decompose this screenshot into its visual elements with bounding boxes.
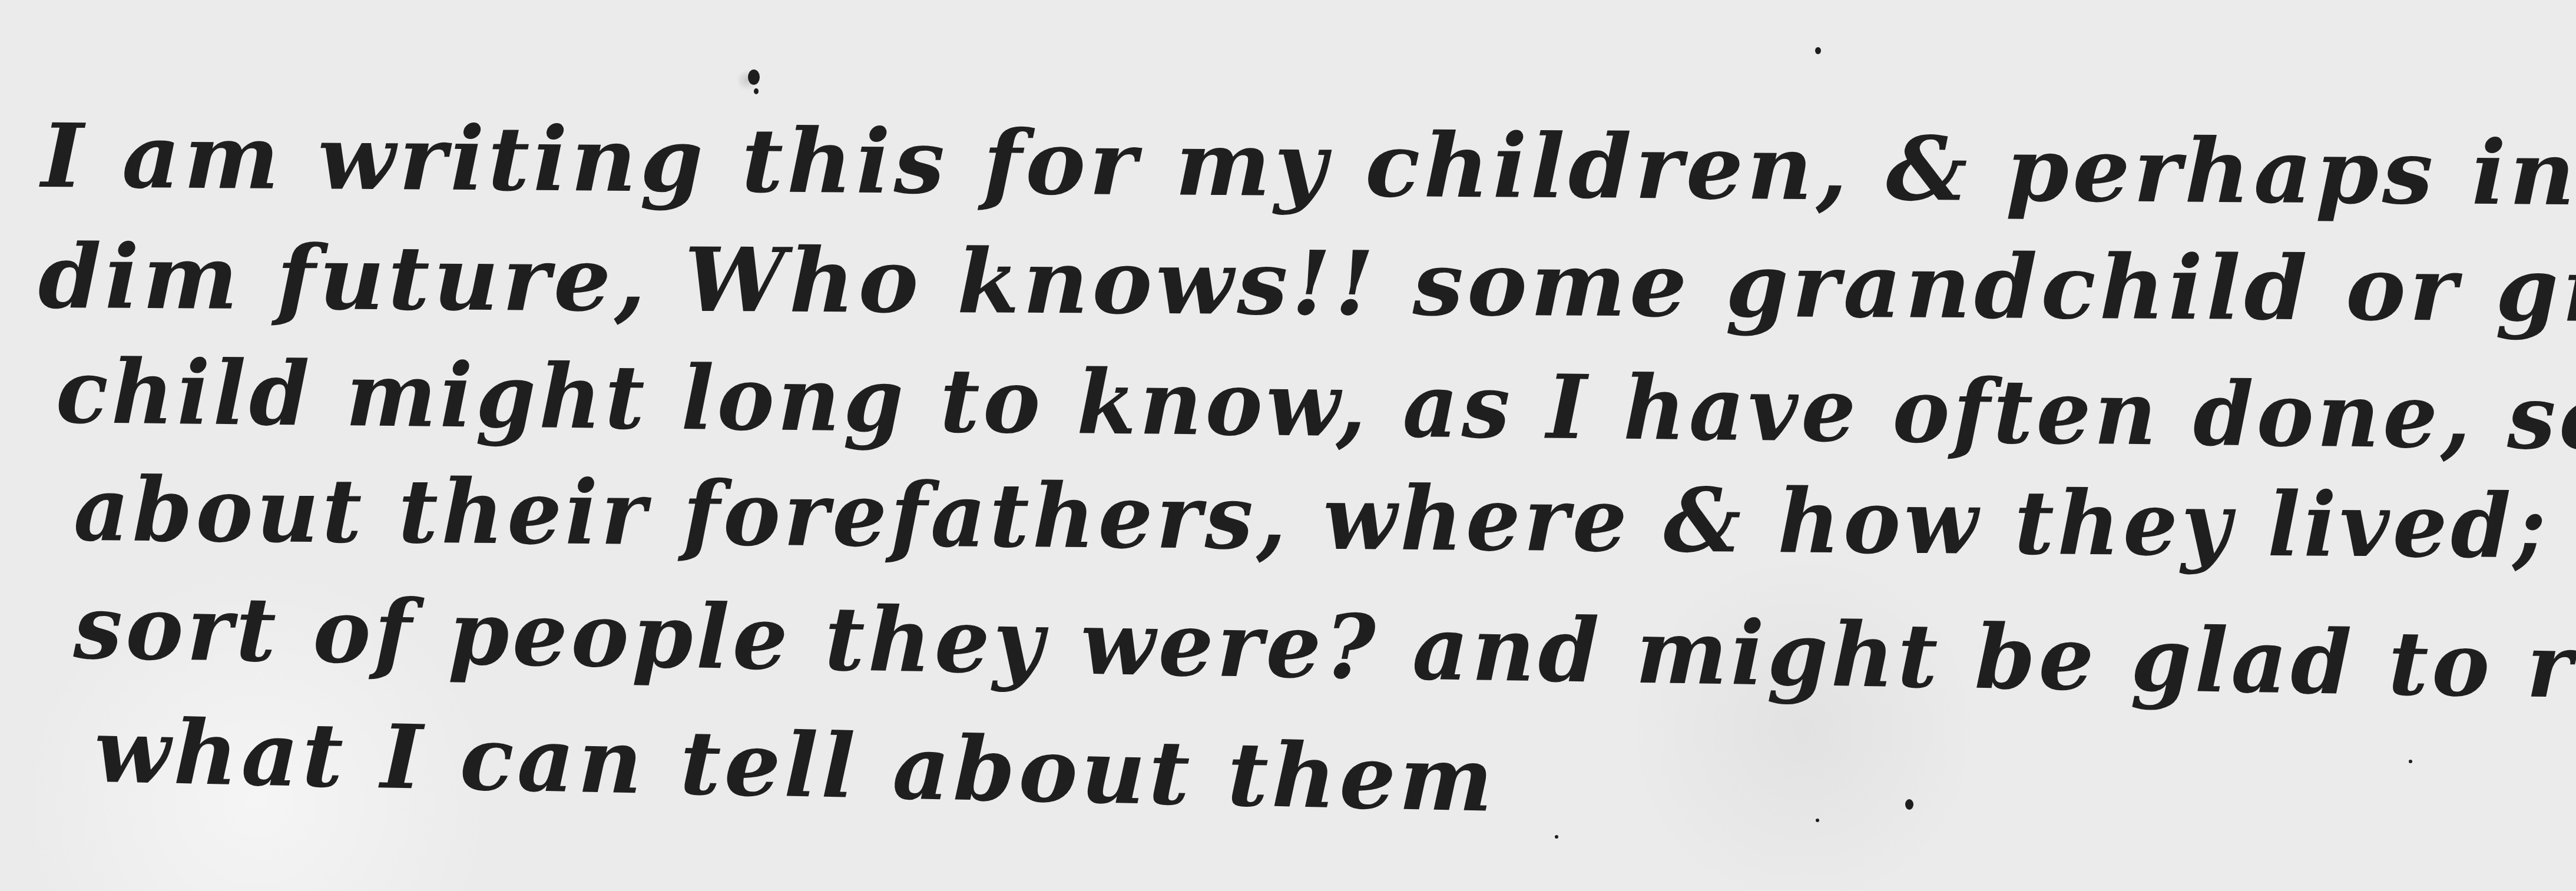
text-line-4: about their forefathers, where & how the… bbox=[73, 465, 2576, 574]
text-line-2: dim future, Who knows!! some grandchild … bbox=[38, 233, 2576, 337]
ink-speck bbox=[1555, 835, 1558, 839]
text-line-3: child might long to know, as I have ofte… bbox=[55, 347, 2576, 467]
ink-speck bbox=[1815, 47, 1821, 54]
text-line-6: what I can tell about them bbox=[93, 707, 1497, 824]
ink-speck bbox=[754, 88, 759, 94]
handwritten-page: I am writing this for my children, & per… bbox=[0, 0, 2576, 891]
text-line-1: I am writing this for my children, & per… bbox=[41, 112, 2576, 220]
ink-speck bbox=[1905, 799, 1913, 810]
ink-speck bbox=[1816, 819, 1819, 822]
text-line-5: sort of people they were? and might be g… bbox=[73, 583, 2576, 715]
ink-speck bbox=[2409, 760, 2412, 763]
ink-speck bbox=[748, 69, 760, 85]
